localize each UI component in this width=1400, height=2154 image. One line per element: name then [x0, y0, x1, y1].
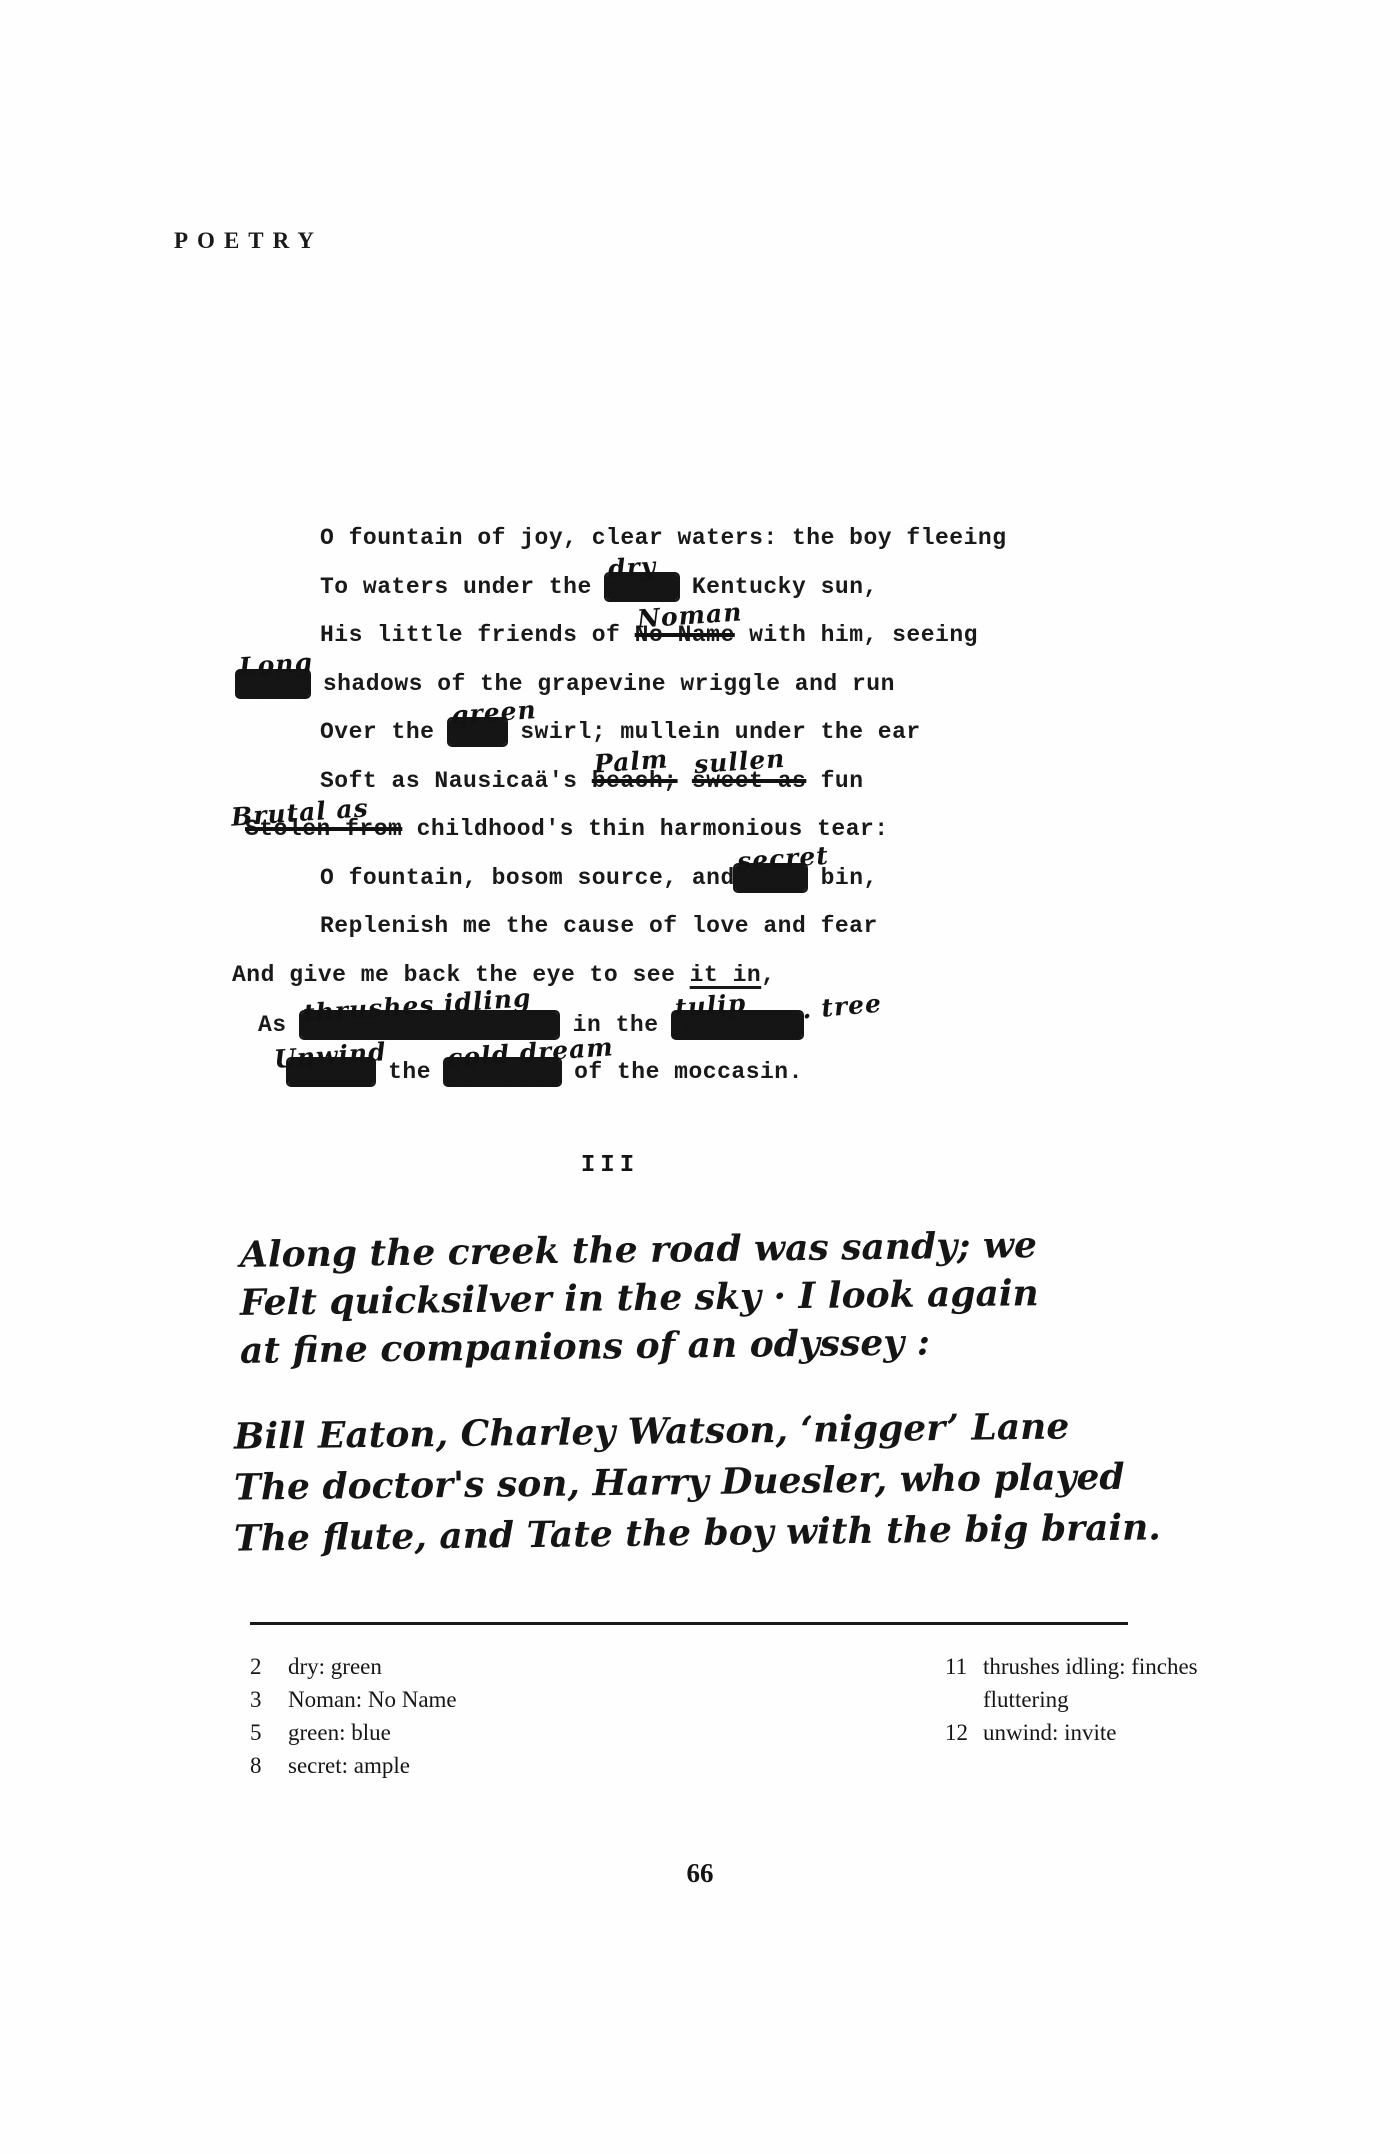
handwritten-correction: sullen [693, 746, 786, 777]
correction-group: Palmbeach; [592, 757, 678, 806]
handwritten-correction: green [450, 698, 537, 729]
typed-text: O fountain of joy, clear waters: the boy… [320, 525, 1007, 551]
poem-typescript: O fountain of joy, clear waters: the boy… [232, 514, 1232, 1096]
correction-group: secretample [735, 854, 807, 903]
typed-text: fun [806, 768, 863, 794]
footnote-text: green: blue [288, 1716, 670, 1749]
handwritten-line: at fine companions of an odyssey : [240, 1317, 1039, 1375]
poem-line: Long█████ shadows of the grapevine wrigg… [232, 660, 1232, 709]
footnote-divider-rule [250, 1622, 1128, 1625]
underlined-typed-text: it in [690, 962, 762, 988]
handwritten-correction: Palm [593, 746, 669, 776]
footnote-line-number: 12 [945, 1716, 983, 1749]
footnote-text: unwind: invite [983, 1716, 1210, 1749]
handwritten-correction: tulip [674, 991, 747, 1021]
poem-line: His little friends of NomanNo-Name with … [232, 611, 1232, 660]
footnote-text: dry: green [288, 1650, 670, 1683]
typed-text [678, 768, 692, 794]
footnote: 12unwind: invite [945, 1716, 1210, 1749]
poem-line: O fountain of joy, clear waters: the boy… [232, 514, 1232, 563]
correction-group: NomanNo-Name [635, 611, 735, 660]
footnote-line-number: 5 [250, 1716, 288, 1749]
correction-group: UnwindInvite [288, 1048, 374, 1097]
handwritten-correction: Long [238, 649, 313, 679]
poem-line: Replenish me the cause of love and fear [232, 902, 1232, 951]
footnotes-left-column: 2dry: green 3Noman: No Name 5green: blue… [250, 1650, 670, 1782]
footnote-text: Noman: No Name [288, 1683, 670, 1716]
correction-group: Brutal asStolen from [245, 805, 402, 854]
handwritten-correction: Noman [636, 600, 743, 632]
footnote-text: secret: ample [288, 1749, 670, 1782]
footnotes-right-column: 11thrushes idling: finches fluttering 12… [945, 1650, 1210, 1749]
typed-text: Kentucky sun, [678, 574, 878, 600]
typed-text: Replenish me the cause of love and fear [320, 913, 878, 939]
footnote-line-number: 2 [250, 1650, 288, 1683]
footnote-line-number: 3 [250, 1683, 288, 1716]
typed-text: swirl; mullein under the ear [506, 719, 921, 745]
footnote-line-number: 8 [250, 1749, 288, 1782]
typed-text: Over the [320, 719, 449, 745]
typed-text: And give me back the eye to see [232, 962, 690, 988]
handwritten-correction: dry [607, 553, 657, 581]
footnote: 3Noman: No Name [250, 1683, 670, 1716]
footnote: 2dry: green [250, 1650, 670, 1683]
poem-line: O fountain, bosom source, andsecretample… [232, 854, 1232, 903]
handwritten-stanza-2: Bill Eaton, Charley Watson, ‘nigger’ Lan… [234, 1406, 1161, 1559]
typed-text: To waters under the [320, 574, 606, 600]
correction-group: tulip█████████ [673, 1001, 802, 1050]
typed-text: As [258, 1012, 301, 1038]
footnote-text: thrushes idling: finches fluttering [983, 1650, 1210, 1716]
handwritten-correction: Unwind [273, 1039, 387, 1072]
poem-line: Brutal asStolen from childhood's thin ha… [232, 805, 1232, 854]
scanned-book-page: POETRY O fountain of joy, clear waters: … [0, 0, 1400, 2154]
correction-group: sullensweet as [692, 757, 806, 806]
correction-group: cold dream████████ [445, 1048, 559, 1097]
typed-text: childhood's thin harmonious tear: [402, 816, 888, 842]
page-number: 66 [0, 1858, 1400, 1889]
section-marker: III [430, 1152, 790, 1179]
typed-text: , [761, 962, 775, 988]
footnote: 8secret: ample [250, 1749, 670, 1782]
typed-text: O fountain, bosom source, and [320, 865, 735, 891]
footnote-line-number: 11 [945, 1650, 983, 1716]
typed-text: shadows of the grapevine wriggle and run [309, 671, 895, 697]
poem-line: Soft as Nausicaä's Palmbeach; sullenswee… [232, 757, 1232, 806]
handwritten-correction: secret [736, 843, 829, 874]
handwritten-line: The flute, and Tate the boy with the big… [234, 1502, 1161, 1564]
running-head: POETRY [174, 228, 323, 254]
handwritten-insertion: . tree [800, 980, 884, 1035]
handwritten-stanza-1: Along the creek the road was sandy; we F… [240, 1226, 1039, 1370]
poem-line: UnwindInvite the cold dream████████ of t… [232, 1048, 1232, 1097]
correction-group: Long█████ [237, 660, 309, 709]
typed-text: His little friends of [320, 622, 635, 648]
footnote: 11thrushes idling: finches fluttering [945, 1650, 1210, 1716]
footnote: 5green: blue [250, 1716, 670, 1749]
correction-group: greenblue [449, 708, 506, 757]
typed-text: Soft as Nausicaä's [320, 768, 592, 794]
typed-text: with him, seeing [735, 622, 978, 648]
